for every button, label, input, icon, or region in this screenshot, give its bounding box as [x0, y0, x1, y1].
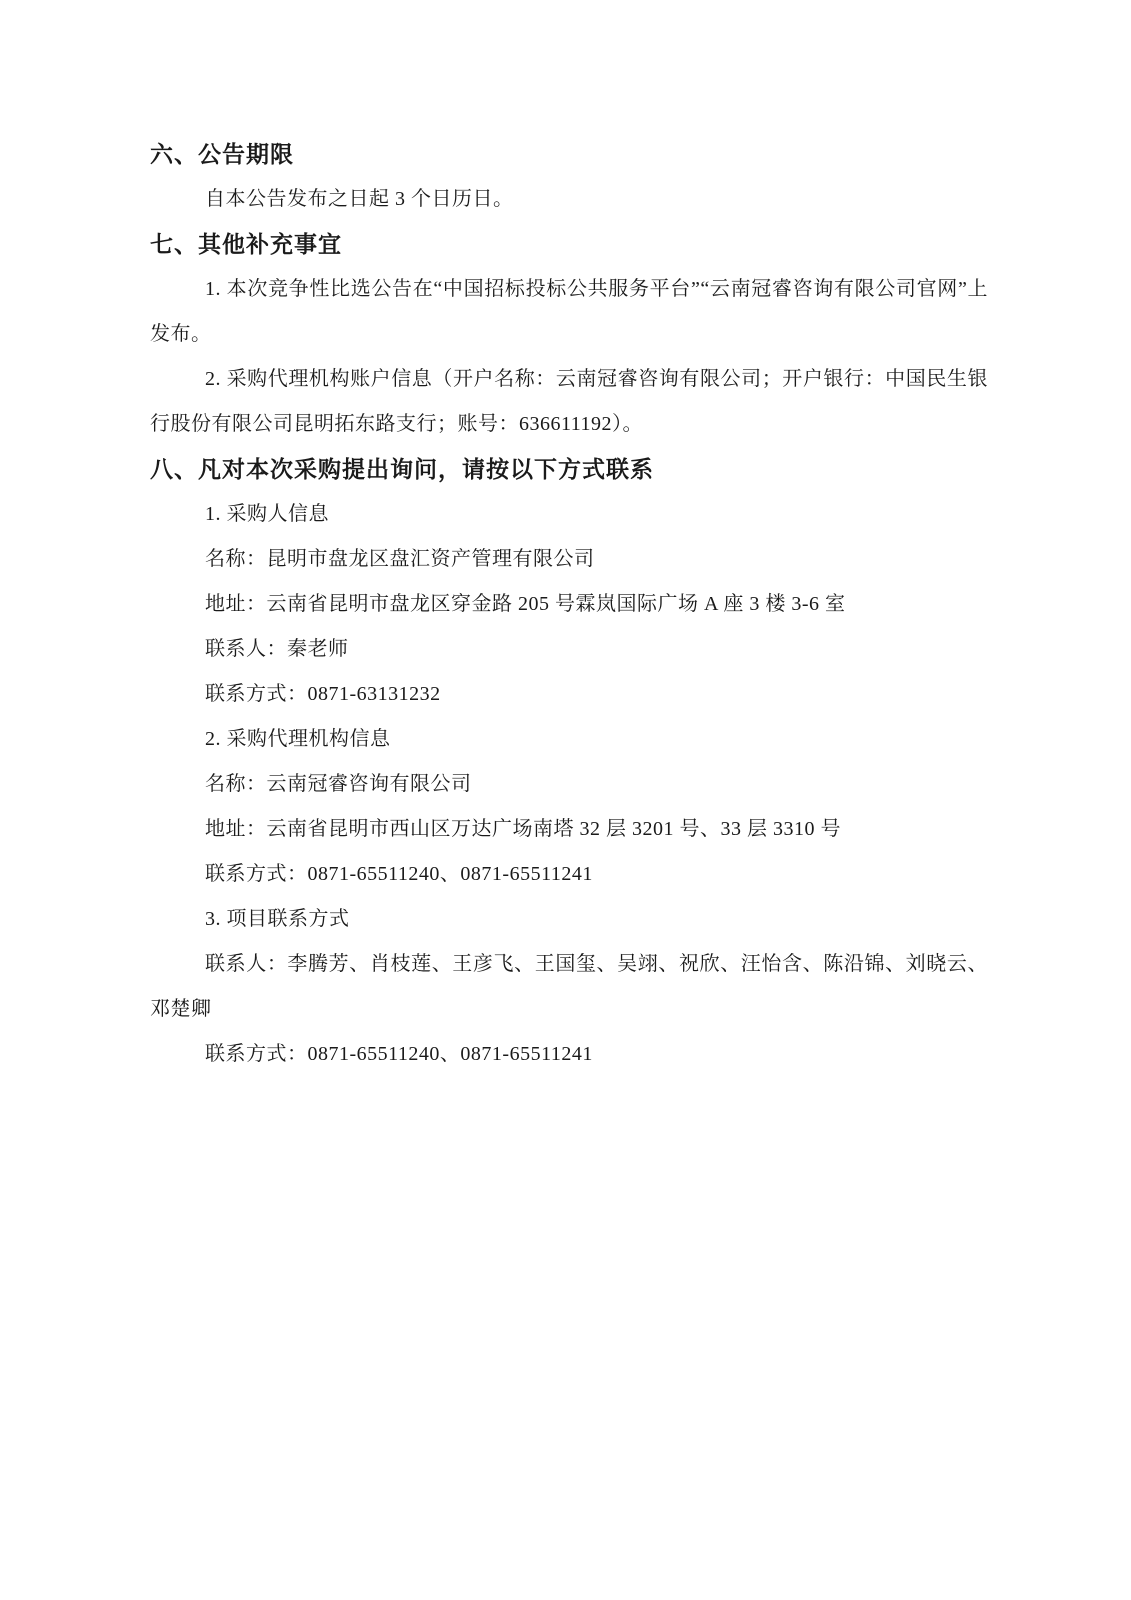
paragraph-agency-info-title: 2. 采购代理机构信息 — [150, 717, 988, 762]
paragraph-purchaser-contact-phone: 联系方式：0871-63131232 — [150, 672, 988, 717]
paragraph-agency-address: 地址：云南省昆明市西山区万达广场南塔 32 层 3201 号、33 层 3310… — [150, 807, 988, 852]
paragraph-agency-name: 名称：云南冠睿咨询有限公司 — [150, 762, 988, 807]
paragraph-purchaser-address: 地址：云南省昆明市盘龙区穿金路 205 号霖岚国际广场 A 座 3 楼 3-6 … — [150, 582, 988, 627]
paragraph-project-contact-persons: 联系人：李腾芳、肖枝莲、王彦飞、王国玺、吴翊、祝欣、汪怡含、陈沿锦、刘晓云、邓楚… — [150, 942, 988, 1032]
section-heading-inquiry-contact: 八、凡对本次采购提出询问，请按以下方式联系 — [150, 447, 988, 492]
paragraph-project-contact-title: 3. 项目联系方式 — [150, 897, 988, 942]
paragraph-announcement-period: 自本公告发布之日起 3 个日历日。 — [150, 177, 988, 222]
document-content: 六、公告期限 自本公告发布之日起 3 个日历日。 七、其他补充事宜 1. 本次竞… — [150, 132, 988, 1077]
paragraph-purchaser-info-title: 1. 采购人信息 — [150, 492, 988, 537]
section-heading-other-matters: 七、其他补充事宜 — [150, 222, 988, 267]
paragraph-purchaser-contact-person: 联系人：秦老师 — [150, 627, 988, 672]
paragraph-publication-platforms: 1. 本次竞争性比选公告在“中国招标投标公共服务平台”“云南冠睿咨询有限公司官网… — [150, 267, 988, 357]
paragraph-agency-account-info: 2. 采购代理机构账户信息（开户名称：云南冠睿咨询有限公司；开户银行：中国民生银… — [150, 357, 988, 447]
section-heading-announcement-period: 六、公告期限 — [150, 132, 988, 177]
paragraph-purchaser-name: 名称：昆明市盘龙区盘汇资产管理有限公司 — [150, 537, 988, 582]
paragraph-project-contact-phone: 联系方式：0871-65511240、0871-65511241 — [150, 1032, 988, 1077]
document-page: 六、公告期限 自本公告发布之日起 3 个日历日。 七、其他补充事宜 1. 本次竞… — [0, 0, 1131, 1600]
paragraph-agency-contact-phone: 联系方式：0871-65511240、0871-65511241 — [150, 852, 988, 897]
